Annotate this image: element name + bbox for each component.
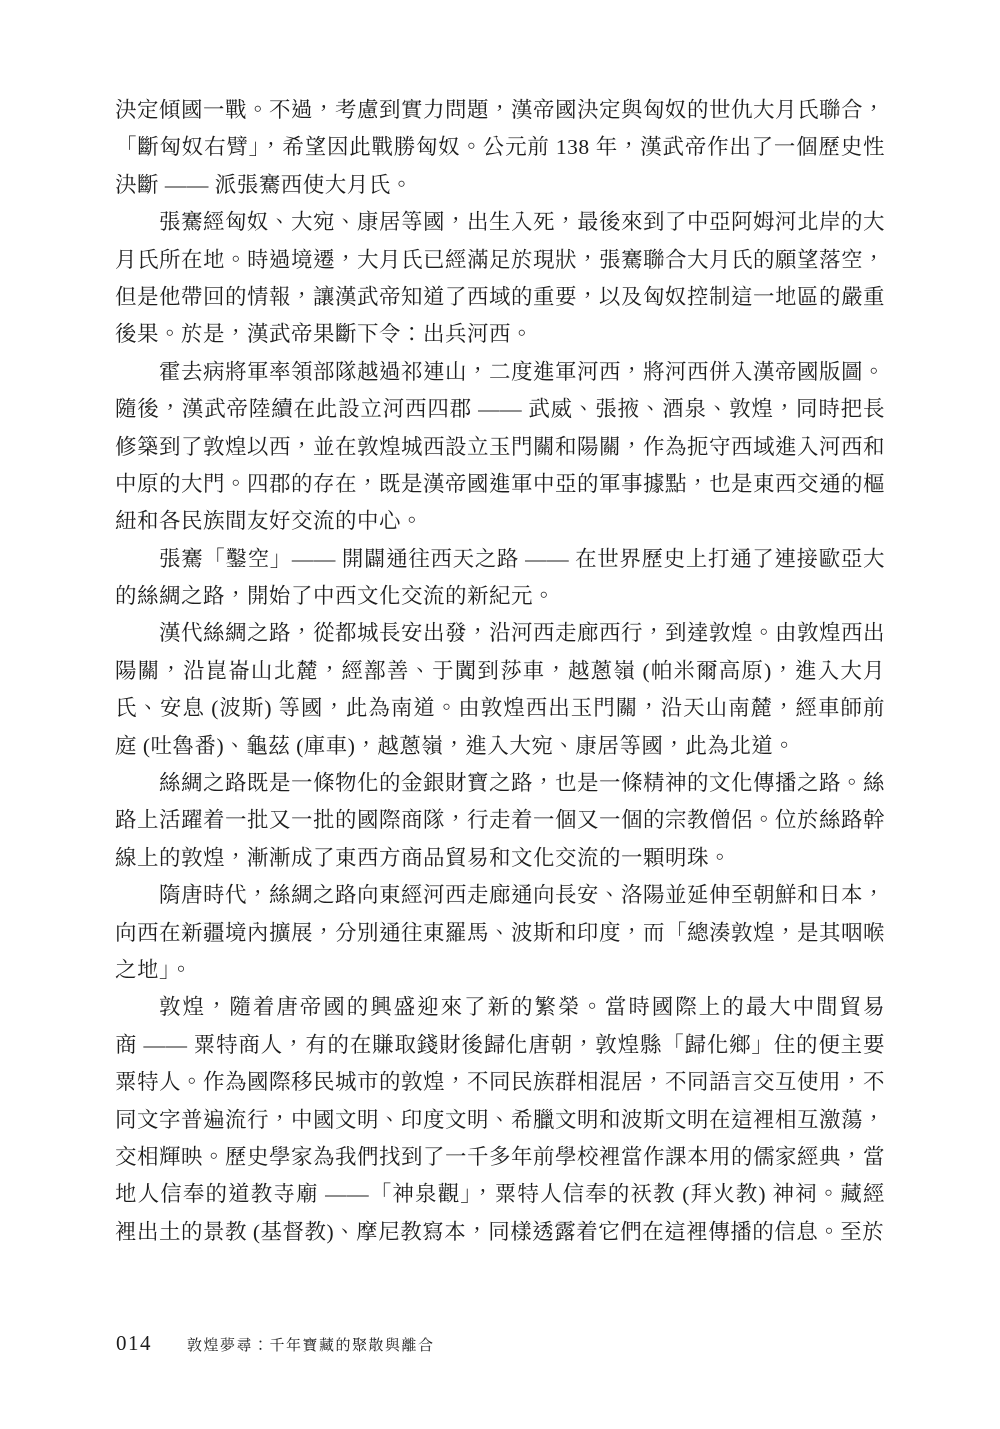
text-line: 路上活躍着一批又一批的國際商隊，行走着一個又一個的宗教僧侶。位於絲路幹 <box>115 802 885 839</box>
text-line: 後果。於是，漢武帝果斷下令：出兵河西。 <box>115 316 885 353</box>
book-page: 決定傾國一戰。不過，考慮到實力問題，漢帝國決定與匈奴的世仇大月氏聯合，「斷匈奴右… <box>0 0 1000 1429</box>
text-line: 的絲綢之路，開始了中西文化交流的新紀元。 <box>115 578 885 615</box>
text-line: 裡出土的景教 (基督教)、摩尼教寫本，同樣透露着它們在這裡傳播的信息。至於 <box>115 1214 885 1251</box>
text-line: 紐和各民族間友好交流的中心。 <box>115 503 885 540</box>
text-line: 張騫經匈奴、大宛、康居等國，出生入死，最後來到了中亞阿姆河北岸的大 <box>115 204 885 241</box>
text-line: 庭 (吐魯番)、龜茲 (庫車)，越蔥嶺，進入大宛、康居等國，此為北道。 <box>115 728 885 765</box>
paragraph: 隋唐時代，絲綢之路向東經河西走廊通向長安、洛陽並延伸至朝鮮和日本，向西在新疆境內… <box>115 877 885 989</box>
text-line: 線上的敦煌，漸漸成了東西方商品貿易和文化交流的一顆明珠。 <box>115 840 885 877</box>
text-line: 隨後，漢武帝陸續在此設立河西四郡 —— 武威、張掖、酒泉、敦煌，同時把長城 <box>115 391 885 428</box>
text-line: 敦煌，隨着唐帝國的興盛迎來了新的繁榮。當時國際上的最大中間貿易 <box>115 989 885 1026</box>
text-line: 中原的大門。四郡的存在，既是漢帝國進軍中亞的軍事據點，也是東西交通的樞 <box>115 466 885 503</box>
paragraph: 絲綢之路既是一條物化的金銀財寶之路，也是一條精神的文化傳播之路。絲路上活躍着一批… <box>115 765 885 877</box>
text-line: 修築到了敦煌以西，並在敦煌城西設立玉門關和陽關，作為扼守西域進入河西和 <box>115 429 885 466</box>
text-line: 粟特人。作為國際移民城市的敦煌，不同民族群相混居，不同語言交互使用，不 <box>115 1064 885 1101</box>
text-line: 決斷 —— 派張騫西使大月氏。 <box>115 167 885 204</box>
text-line: 同文字普遍流行，中國文明、印度文明、希臘文明和波斯文明在這裡相互激蕩， <box>115 1102 885 1139</box>
text-line: 商 —— 粟特商人，有的在賺取錢財後歸化唐朝，敦煌縣「歸化鄉」住的便主要是 <box>115 1027 885 1064</box>
text-line: 霍去病將軍率領部隊越過祁連山，二度進軍河西，將河西併入漢帝國版圖。 <box>115 354 885 391</box>
paragraph: 決定傾國一戰。不過，考慮到實力問題，漢帝國決定與匈奴的世仇大月氏聯合，「斷匈奴右… <box>115 92 885 204</box>
text-line: 月氏所在地。時過境遷，大月氏已經滿足於現狀，張騫聯合大月氏的願望落空， <box>115 242 885 279</box>
text-line: 絲綢之路既是一條物化的金銀財寶之路，也是一條精神的文化傳播之路。絲 <box>115 765 885 802</box>
text-line: 「斷匈奴右臂」，希望因此戰勝匈奴。公元前 138 年，漢武帝作出了一個歷史性的 <box>115 129 885 166</box>
text-line: 隋唐時代，絲綢之路向東經河西走廊通向長安、洛陽並延伸至朝鮮和日本， <box>115 877 885 914</box>
paragraph: 張騫「鑿空」—— 開闢通往西天之路 —— 在世界歷史上打通了連接歐亞大陸的絲綢之… <box>115 541 885 616</box>
text-line: 漢代絲綢之路，從都城長安出發，沿河西走廊西行，到達敦煌。由敦煌西出 <box>115 615 885 652</box>
text-line: 但是他帶回的情報，讓漢武帝知道了西域的重要，以及匈奴控制這一地區的嚴重 <box>115 279 885 316</box>
paragraph: 漢代絲綢之路，從都城長安出發，沿河西走廊西行，到達敦煌。由敦煌西出陽關，沿崑崙山… <box>115 615 885 765</box>
body-text: 決定傾國一戰。不過，考慮到實力問題，漢帝國決定與匈奴的世仇大月氏聯合，「斷匈奴右… <box>115 92 885 1251</box>
text-line: 決定傾國一戰。不過，考慮到實力問題，漢帝國決定與匈奴的世仇大月氏聯合， <box>115 92 885 129</box>
text-line: 向西在新疆境內擴展，分別通往東羅馬、波斯和印度，而「總湊敦煌，是其咽喉 <box>115 915 885 952</box>
text-line: 之地」。 <box>115 952 885 989</box>
text-line: 地人信奉的道教寺廟 ——「神泉觀」，粟特人信奉的祆教 (拜火教) 神祠。藏經洞 <box>115 1176 885 1213</box>
page-footer: 014 敦煌夢尋：千年寶藏的聚散與離合 <box>116 1331 435 1356</box>
text-line: 交相輝映。歷史學家為我們找到了一千多年前學校裡當作課本用的儒家經典，當 <box>115 1139 885 1176</box>
paragraph: 張騫經匈奴、大宛、康居等國，出生入死，最後來到了中亞阿姆河北岸的大月氏所在地。時… <box>115 204 885 354</box>
page-number: 014 <box>116 1331 152 1356</box>
text-line: 氏、安息 (波斯) 等國，此為南道。由敦煌西出玉門關，沿天山南麓，經車師前王 <box>115 690 885 727</box>
paragraph: 霍去病將軍率領部隊越過祁連山，二度進軍河西，將河西併入漢帝國版圖。隨後，漢武帝陸… <box>115 354 885 541</box>
book-title: 敦煌夢尋：千年寶藏的聚散與離合 <box>187 1334 435 1355</box>
text-line: 張騫「鑿空」—— 開闢通往西天之路 —— 在世界歷史上打通了連接歐亞大陸 <box>115 541 885 578</box>
paragraph: 敦煌，隨着唐帝國的興盛迎來了新的繁榮。當時國際上的最大中間貿易商 —— 粟特商人… <box>115 989 885 1251</box>
text-line: 陽關，沿崑崙山北麓，經鄯善、于闐到莎車，越蔥嶺 (帕米爾高原)，進入大月 <box>115 653 885 690</box>
